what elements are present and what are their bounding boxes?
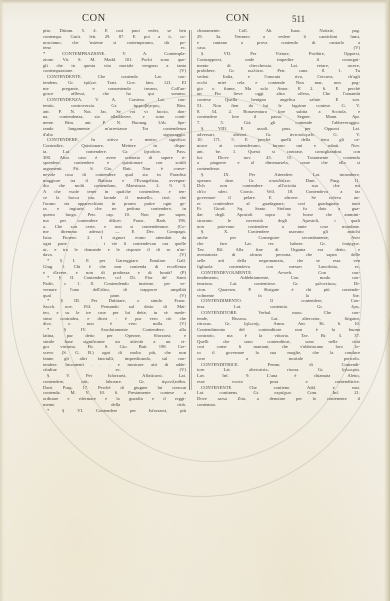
running-header-right: CON bbox=[226, 13, 250, 24]
text-line: a piagnere e al dimenarsela, come che el… bbox=[197, 160, 360, 166]
text-line: tendens. Gr. ἐρίζων. Tratt. Gov. fam. 12… bbox=[43, 80, 186, 86]
text-line: nosce ai contendevano, furono uni e ruba… bbox=[197, 143, 360, 149]
page-number: 511 bbox=[292, 14, 305, 24]
text-line: nente. Rim. ant. P. N. Buonag. Urb. Spe- bbox=[43, 120, 186, 126]
text-line: contese Quella benigna angelica salute. … bbox=[197, 97, 360, 103]
text-line: tesa. Lat. contentio. Gr. ἔρις. bbox=[197, 304, 360, 310]
text-line: contenuto. bbox=[197, 402, 360, 408]
text-line: ordinare e rifermare e la guardia e il r… bbox=[43, 396, 186, 402]
page-edge-left bbox=[0, 0, 4, 601]
text-line: ro il governare la sua moglie, che la co… bbox=[197, 350, 360, 356]
text-line: ogni parte . . . . i vie li contendevan … bbox=[43, 241, 186, 247]
text-line: vedrai Italia, e l'onorata riva, Cercava… bbox=[197, 74, 360, 80]
text-line: figliuola contendeva con messer Lancilot… bbox=[197, 264, 360, 270]
running-header-left: CON bbox=[82, 13, 106, 24]
text-line: Padri, c. 1. 8. Contendendo insieme, per… bbox=[43, 281, 186, 287]
text-line: ma per contendere dilicei. Franc. Barb. … bbox=[43, 218, 186, 224]
text-line: CONTENDITORE. Verbal. masc. Che con- bbox=[197, 310, 360, 316]
text-line: 51. Non fien da lui le lagrime contese. … bbox=[197, 103, 360, 109]
text-line: §. IX. Per Attendere. Lat. incumbere, bbox=[197, 172, 360, 178]
text-line: ant. be. 1. Questi si contrase, consigli… bbox=[197, 149, 360, 155]
text-line: argomenti. Fit. S. Gio. Batt. Non è conv… bbox=[43, 166, 186, 172]
text-line: cose a mortale pericolo. bbox=[197, 356, 360, 362]
text-line: governare il pelare. E altrove: Se volev… bbox=[197, 195, 360, 201]
text-line: fanno gli altri fanciulli, impredicando,… bbox=[43, 356, 186, 362]
text-line: tentio, controversia. Gr. ἀμφισβήτησις. … bbox=[43, 103, 186, 109]
text-line: ce la bocca tua, laonde il manello, cioè… bbox=[43, 195, 186, 201]
scanned-page: CON CON 511 pito. Dittam. 5. 4. E così p… bbox=[0, 0, 390, 601]
text-line: mento della città. bbox=[43, 402, 186, 408]
text-line: contendere, niti, laborare. Gr. ἀγωνίζεσ… bbox=[43, 379, 186, 385]
text-line: §. VII. Per Vietare, Proibire, Opporsi, bbox=[197, 51, 360, 57]
text-line: * § I. E per Garreggiare. Emulare. Gall. bbox=[43, 258, 186, 264]
text-line: stravano le necessità degli Apostoli, i … bbox=[197, 218, 360, 224]
text-line: che fare. Lat. res habere. Gr. ὑπάρχειν. bbox=[197, 241, 360, 247]
text-line: Giug. 1. Chi è che non contenda di eccel… bbox=[43, 264, 186, 270]
text-line: teo, e su le tre cose per lui dette, in … bbox=[43, 310, 186, 316]
text-line: scevo (S. G. B.) ogni di molto più, che … bbox=[43, 350, 186, 356]
text-line: §. V. Per Isforzarsi, Affaticarsi. Lat. bbox=[43, 373, 186, 379]
text-line: Istor. Fiorent. 2. I signori erano atten… bbox=[43, 235, 186, 241]
text-line: rando lungamente m'arrestasse Tra conten… bbox=[43, 126, 186, 132]
text-line: latina, pur detto per Operare, Sforzarsi… bbox=[43, 333, 186, 339]
text-line: esse vocea posa e contenditrice. bbox=[197, 379, 360, 385]
text-line: ch'io sdeo. Cronic. Vell. 18. Contendeva… bbox=[197, 189, 360, 195]
text-line: tenzioso. Lat. contentiose. Gr. φιλονείκ… bbox=[197, 281, 360, 287]
text-line: CONTENDENZA. V. A. Contesa. Lat. con- bbox=[43, 97, 186, 103]
text-line: dar degli Apostoli sopra le borse che am… bbox=[197, 212, 360, 218]
text-column-right: chiaramente. Coll. Ab. Isaac. Notizie, p… bbox=[197, 28, 360, 408]
text-line: ta. Lat. contendere. Gr. ζητοῦσιν. Pass. bbox=[43, 149, 186, 155]
column-divider bbox=[189, 30, 190, 390]
text-line: cion. Quaresm. P. Sbrigate è chi più con… bbox=[197, 287, 360, 293]
text-line: §. VIII. E assolt. pass. per Opporsi Lat… bbox=[197, 126, 360, 132]
text-line: * § VI. Contendere per Isforzarsi, più bbox=[43, 408, 186, 414]
text-line: contrario, ma è la vittoria. Tav. Br. 3.… bbox=[197, 333, 360, 339]
text-line: vernare l'uno dell'altro, di trapporre u… bbox=[43, 287, 186, 293]
text-line: pito. Dittam. 5. 4. E così puoi veder, s… bbox=[43, 28, 186, 34]
column-divider-shadow bbox=[191, 30, 192, 390]
text-line: * CONTEMPRAZIONE. V. A. Contempla- bbox=[43, 51, 186, 57]
page-edge-top bbox=[0, 0, 390, 4]
page-edge-right bbox=[384, 0, 390, 601]
text-line: Contrapporsi, onde impedire il consegui- bbox=[197, 57, 360, 63]
text-line: occhi miei cela e contende Non mar, non … bbox=[197, 80, 360, 86]
text-line: nevole cosa di contendere qual sia in Pa… bbox=[43, 172, 186, 178]
text-line: questo luogo. Petr. cap. 10. Non per sap… bbox=[43, 212, 186, 218]
text-line: Contradire, Quistionare, Mettere in disp… bbox=[43, 143, 186, 149]
text-line: selle arti della negromanzia, che se ess… bbox=[197, 258, 360, 264]
text-line: 7. 5. Già gli contende l'abbeveraggio. bbox=[197, 120, 360, 126]
text-line: 29. 3a. Vennero a vedere li cantichini l… bbox=[197, 34, 360, 40]
text-line: Sacch. nov. 194. Pensando sul detto di M… bbox=[43, 304, 186, 310]
text-line: Lav. Inf. 9. L'una è chiamata Aletto, bbox=[197, 373, 360, 379]
text-line: CONTENDENTE. Che contende. Lat. con- bbox=[43, 74, 186, 80]
text-line: zione. Vit. S. M. Madd. 101. Pochi sono … bbox=[43, 57, 186, 63]
text-line: Dove sarsa Zita, a denotare per lo conte… bbox=[197, 396, 360, 402]
text-line: anche per Conseguire secondamente, Aver bbox=[197, 235, 360, 241]
text-line: contempo. Guitt. lett. 29. 87. E poi a ò… bbox=[43, 34, 186, 40]
text-column-left: pito. Dittam. 5. 4. E così puoi veder, s… bbox=[43, 28, 186, 413]
text-line: Contendimento del contenditore non è la … bbox=[197, 327, 360, 333]
text-line: * § IV. Assolutamente Contendere, alla bbox=[43, 327, 186, 333]
text-line: A che vuole tener in qualche contendere,… bbox=[43, 189, 186, 195]
text-line: chiaramente. Coll. Ab. Isaac. Notizie, p… bbox=[197, 28, 360, 34]
